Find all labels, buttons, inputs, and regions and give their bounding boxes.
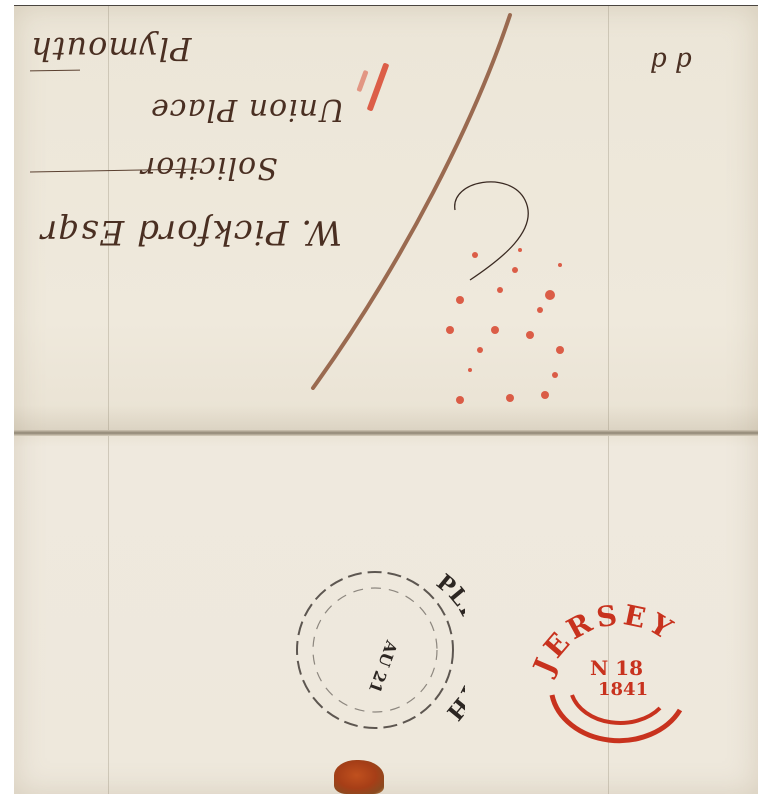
- fold-shadow: [14, 405, 758, 433]
- jersey-postmark: JERSEY N 18 1841: [530, 600, 710, 760]
- plymouth-postmark-date: AU 21: [365, 637, 402, 695]
- vertical-fold-left: [108, 6, 109, 794]
- jersey-postmark-year: 1841: [598, 679, 648, 700]
- address-line-3: Union Place: [150, 92, 344, 127]
- address-line-2: Solicitor: [140, 150, 278, 185]
- jersey-postmark-date: N 18: [590, 656, 643, 680]
- docket-notation: d d: [650, 46, 692, 76]
- address-line-4: Plymouth: [30, 30, 192, 68]
- horizontal-fold: [14, 430, 758, 436]
- address-line-1: W. Pickford Esqr: [40, 212, 342, 252]
- red-transit-postmark: [420, 170, 580, 420]
- address-flourish: [455, 182, 529, 280]
- wax-seal: [334, 760, 384, 794]
- plymouth-postmark: PLYMOUTH AU 21: [285, 560, 465, 740]
